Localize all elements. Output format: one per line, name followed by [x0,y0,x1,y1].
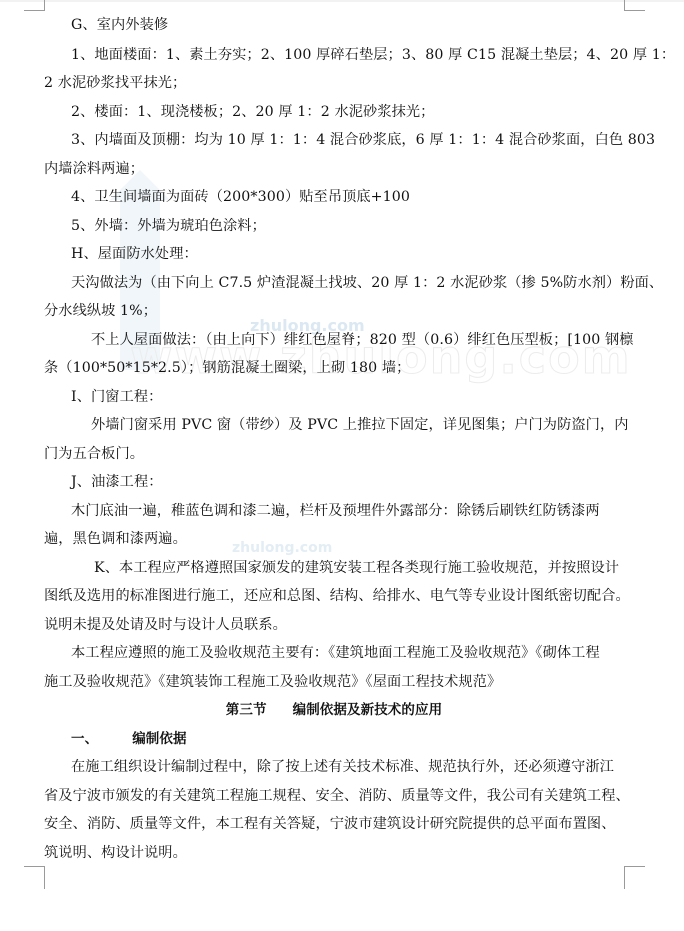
section-k-line2: 图纸及选用的标准图进行施工，还应和总图、结构、给排水、电气等专业设计图纸密切配合… [44,587,630,605]
subsection-1-number: 一、 [71,731,98,747]
specs-line2: 施工及验收规范》《建筑装饰工程施工及验收规范》《屋面工程技术规范》 [44,673,501,691]
section-h-title: H、屋面防水处理： [71,245,198,263]
section-g-item4: 4、卫生间墙面为面砖（200*300）贴至吊顶底+100 [71,188,410,206]
section-i-line2: 门为五合板门。 [44,445,144,463]
section-h-roof-line2: 条（100*50*15*2.5）；钢筋混凝土圈梁，上砌 180 墙； [44,359,410,377]
section-g-item5: 5、外墙：外墙为琥珀色涂料； [71,217,266,235]
section-g-item2: 2、楼面：1、现浇楼板；2、20 厚 1：2 水泥砂浆抹光； [71,103,434,121]
section-h-roof-line1: 不上人屋面做法：（由上向下）绯红色屋脊；820 型（0.6）绯红色压型板；[10… [91,331,634,349]
section-h-gutter-line2: 分水线纵坡 1%； [44,302,157,320]
section-k-line1: K、本工程应严格遵照国家颁发的建筑安装工程各类现行施工验收规范，并按照设计 [94,559,619,577]
margin-mark-top-left [24,0,45,11]
section-g-item3-line2: 内墙涂料两遍； [44,160,144,178]
margin-mark-top-right [624,0,645,11]
section3-para-line3: 安全、消防、质量等文件，本工程有关答疑，宁波市建筑设计研究院提供的总平面布置图、 [44,815,616,833]
margin-mark-bottom-left [24,866,45,889]
section3-para-line2: 省及宁波市颁发的有关建筑工程施工规程、安全、消防、质量等文件，我公司有关建筑工程… [44,787,630,805]
subsection-1-heading: 一、编制依据 [71,730,187,748]
section-g-title: G、室内外装修 [71,16,168,34]
subsection-1-title: 编制依据 [132,731,186,747]
section-j-line1: 木门底油一遍，稚蓝色调和漆二遍，栏杆及预埋件外露部分：除锈后刷铁红防锈漆两 [71,502,600,520]
specs-line1: 本工程应遵照的施工及验收规范主要有：《建筑地面工程施工及验收规范》《砌体工程 [71,644,600,662]
page-top-edge [0,0,684,2]
section3-para-line1: 在施工组织设计编制过程中，除了按上述有关技术标准、规范执行外，还必须遵守浙江 [71,758,614,776]
section3-para-line4: 筑说明、构设计说明。 [44,844,187,862]
section-g-item1-line2: 2 水泥砂浆找平抹光； [44,74,186,92]
section-i-title: I、门窗工程： [71,388,162,406]
section3-heading-title: 编制依据及新技术的应用 [293,702,443,718]
section-j-line2: 遍，黑色调和漆两遍。 [44,530,187,548]
section-k-line3: 说明未提及处请及时与设计人员联系。 [44,616,287,634]
section-g-item3-line1: 3、内墙面及顶棚：均为 10 厚 1：1：4 混合砂浆底，6 厚 1：1：4 混… [71,131,655,149]
section-h-gutter-line1: 天沟做法为（由下向上 C7.5 炉渣混凝土找坡、20 厚 1：2 水泥砂浆（掺 … [71,274,663,292]
watermark-text-2: zhulong.com [232,540,332,556]
section-j-title: J、油漆工程： [71,473,163,491]
section-g-item1-line1: 1、地面楼面：1、素土夯实；2、100 厚碎石垫层；3、80 厚 C15 混凝土… [71,46,675,64]
section-i-line1: 外墙门窗采用 PVC 窗（带纱）及 PVC 上推拉下固定，详见图集；户门为防盗门… [91,416,629,434]
margin-mark-bottom-right [624,866,645,889]
section3-heading: 第三节编制依据及新技术的应用 [44,701,624,719]
section3-heading-number: 第三节 [226,702,267,718]
